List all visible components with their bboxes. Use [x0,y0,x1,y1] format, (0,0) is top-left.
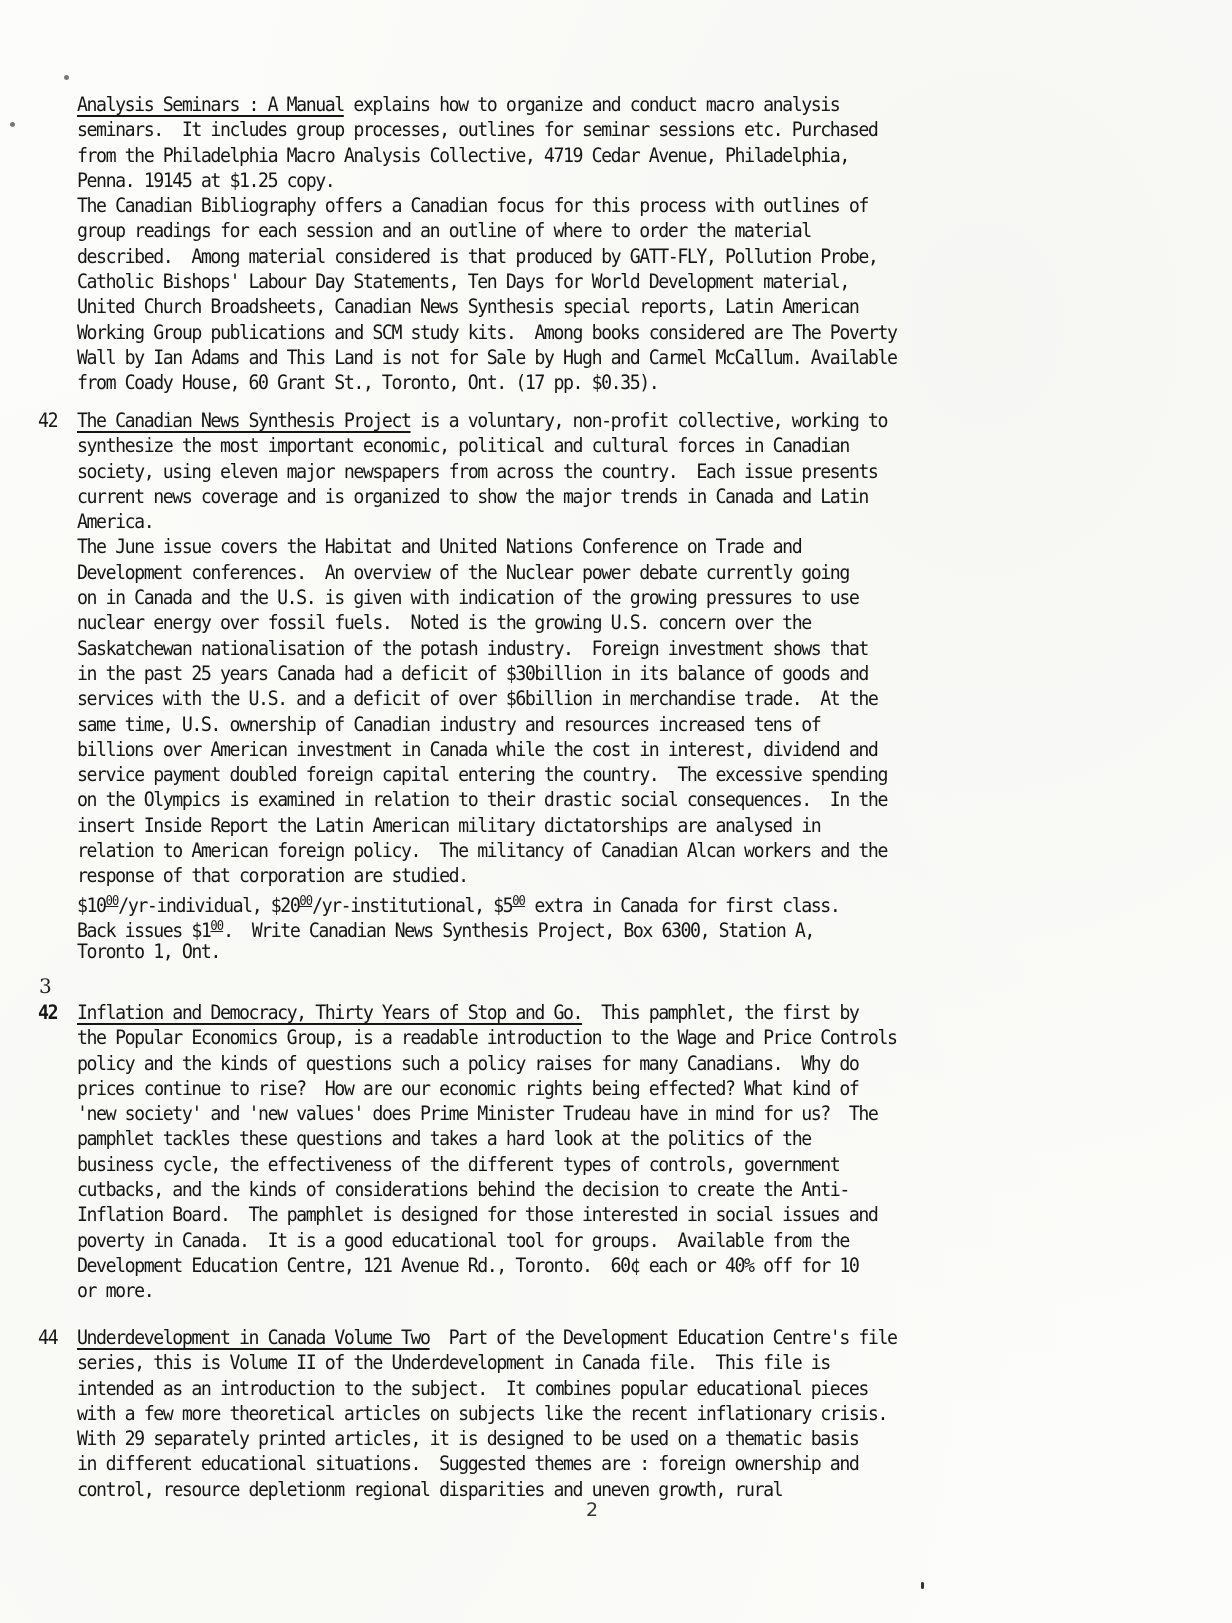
entry-text-line: The Canadian Bibliography offers a Canad… [77,193,1081,218]
entry-text-line: synthesize the most important economic, … [77,433,1081,458]
entry-text-line: Wall by Ian Adams and This Land is not f… [77,345,1081,370]
entry-text-line: With 29 separately printed articles, it … [77,1426,1081,1451]
entry-text-line: described. Among material considered is … [77,244,1081,269]
entry-title: Analysis Seminars : A Manual [77,93,344,116]
entry-text-line: the Popular Economics Group, is a readab… [77,1025,1081,1050]
entry-text-line: prices continue to rise? How are our eco… [77,1076,1081,1101]
address-line: Toronto 1, Ont. [77,939,1081,964]
entry-text-line: on the Olympics is examined in relation … [77,787,1081,812]
entry-text-line: Development conferences. An overview of … [77,560,1081,585]
entry-inflation-and-democracy: 3 42 Inflation and Democracy, Thirty Yea… [77,1000,1157,1304]
entry-text-line: pamphlet tackles these questions and tak… [77,1126,1081,1151]
entry-text-line: current news coverage and is organized t… [77,484,1081,509]
subscription-prices: $1000/yr-individual, $2000/yr-institutio… [77,889,1081,914]
entry-text-line: Saskatchewan nationalisation of the pota… [77,636,1081,661]
entry-text-line: control, resource depletionm regional di… [77,1477,1081,1502]
entry-text-line: service payment doubled foreign capital … [77,762,1081,787]
ink-speck [921,1582,924,1589]
entry-text-line: in different educational situations. Sug… [77,1451,1081,1476]
entry-text-line: The June issue covers the Habitat and Un… [77,534,1081,559]
entry-analysis-seminars: Analysis Seminars : A Manual explains ho… [77,92,1157,396]
entry-text-line: from Coady House, 60 Grant St., Toronto,… [77,370,1081,395]
punch-mark [64,75,69,80]
handwritten-number-correction: 3 [39,974,52,998]
entry-underdevelopment-in-canada: 44 Underdevelopment in Canada Volume Two… [77,1325,1157,1502]
entry-text-line: society, using eleven major newspapers f… [77,459,1081,484]
entry-text-line: Working Group publications and SCM study… [77,320,1081,345]
page-number: 2 [586,1499,598,1521]
entry-title: Inflation and Democracy, Thirty Years of… [77,1001,582,1024]
entry-text-line: cutbacks, and the kinds of consideration… [77,1177,1081,1202]
entry-text-line: on in Canada and the U.S. is given with … [77,585,1081,610]
entry-number: 42 [38,408,57,433]
punch-mark [10,122,15,127]
entry-text-line: with a few more theoretical articles on … [77,1401,1081,1426]
entry-text-line: policy and the kinds of questions such a… [77,1051,1081,1076]
entry-text-line: or more. [77,1278,1081,1303]
entry-text-line: nuclear energy over fossil fuels. Noted … [77,610,1081,635]
entry-text-line: business cycle, the effectiveness of the… [77,1152,1081,1177]
entry-number: 42 [38,1000,57,1025]
entry-text-line: Catholic Bishops' Labour Day Statements,… [77,269,1081,294]
entry-text-line: group readings for each session and an o… [77,218,1081,243]
entry-text-line: series, this is Volume II of the Underde… [77,1350,1081,1375]
entry-number: 44 [38,1325,57,1350]
entry-text-line: insert Inside Report the Latin American … [77,813,1081,838]
entry-text-line: intended as an introduction to the subje… [77,1376,1081,1401]
entry-canadian-news-synthesis: 42 The Canadian News Synthesis Project i… [77,408,1157,965]
document-page: Analysis Seminars : A Manual explains ho… [0,0,1232,1623]
entry-text-line: Development Education Centre, 121 Avenue… [77,1253,1081,1278]
entry-text-line: billions over American investment in Can… [77,737,1081,762]
entry-text-line: United Church Broadsheets, Canadian News… [77,294,1081,319]
entry-text-line: from the Philadelphia Macro Analysis Col… [77,143,1081,168]
entry-title: Underdevelopment in Canada Volume Two [77,1326,430,1349]
entry-text-line: 'new society' and 'new values' does Prim… [77,1101,1081,1126]
entry-text-line: Inflation Board. The pamphlet is designe… [77,1202,1081,1227]
entry-text-line: seminars. It includes group processes, o… [77,117,1081,142]
entry-text-line: services with the U.S. and a deficit of … [77,686,1081,711]
entry-text-line: Penna. 19145 at $1.25 copy. [77,168,1081,193]
back-issues: Back issues $100. Write Canadian News Sy… [77,914,1081,939]
entry-text-line: response of that corporation are studied… [77,863,1081,888]
entry-text-line: America. [77,509,1081,534]
entry-text-line: in the past 25 years Canada had a defici… [77,661,1081,686]
entry-text-line: same time, U.S. ownership of Canadian in… [77,712,1081,737]
entry-text-line: poverty in Canada. It is a good educatio… [77,1228,1081,1253]
entry-title: The Canadian News Synthesis Project [77,409,411,432]
entry-text-line: relation to American foreign policy. The… [77,838,1081,863]
